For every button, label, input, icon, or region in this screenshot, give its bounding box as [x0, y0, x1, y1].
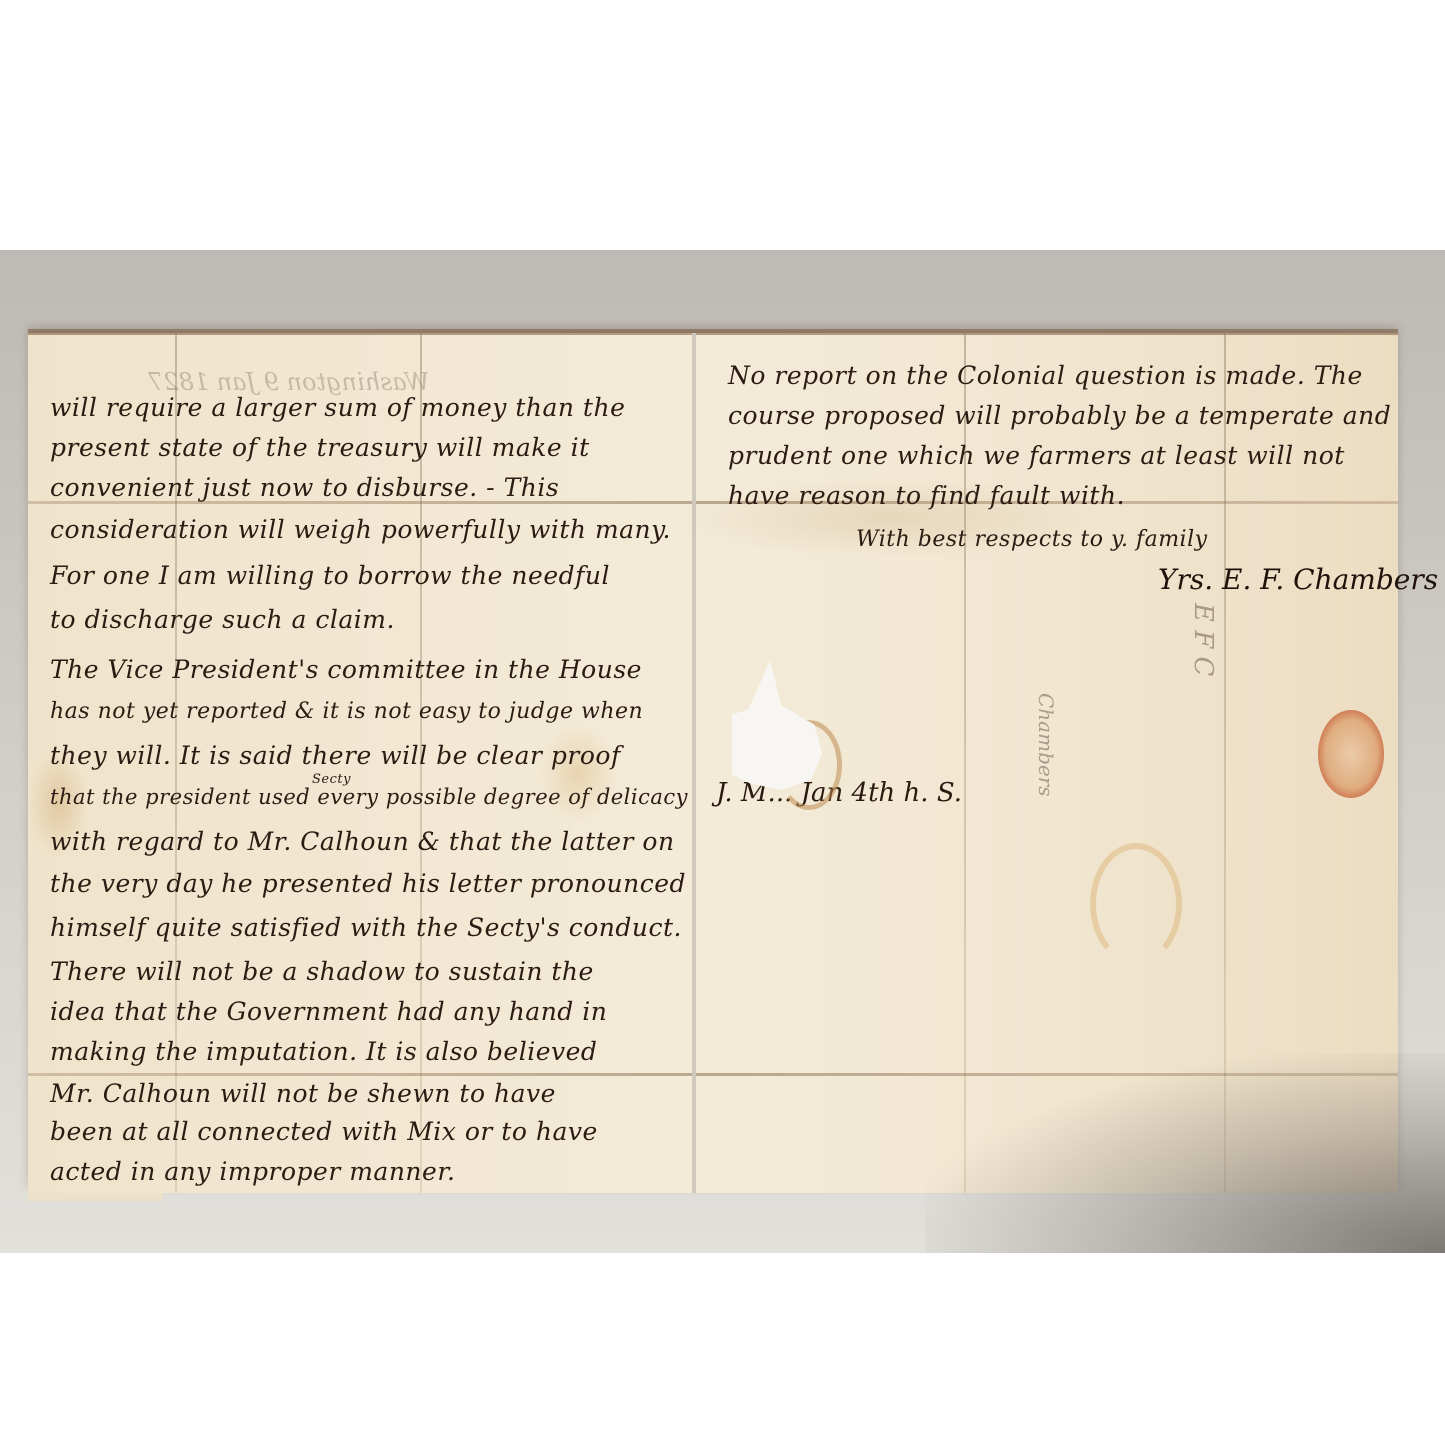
sheet-top-edge [28, 329, 1398, 335]
letter-sheet: Washington 9 Jan 1827 will require a lar… [28, 333, 1398, 1193]
signature: Yrs. E. F. Chambers [1158, 563, 1438, 596]
letter-line: There will not be a shadow to sustain th… [50, 959, 594, 984]
letter-line: they will. It is said there will be clea… [50, 743, 621, 768]
letter-line: Mr. Calhoun will not be shewn to have [50, 1081, 556, 1106]
letter-line: consideration will weigh powerfully with… [50, 517, 671, 542]
postmark-ring [1090, 843, 1182, 965]
wax-seal-remnant [1318, 710, 1384, 798]
letter-line: making the imputation. It is also believ… [50, 1039, 597, 1064]
letter-line: that the president used every possible d… [50, 787, 688, 808]
letter-line: No report on the Colonial question is ma… [728, 363, 1363, 388]
docket-name: Chambers [1034, 693, 1058, 797]
letter-line: himself quite satisfied with the Secty's… [50, 915, 682, 940]
letter-closing: With best respects to y. family [856, 529, 1208, 551]
letter-line: with regard to Mr. Calhoun & that the la… [50, 829, 675, 854]
letter-line: convenient just now to disburse. - This [50, 475, 559, 500]
letter-line: will require a larger sum of money than … [50, 395, 625, 420]
letter-line: For one I am willing to borrow the needf… [50, 563, 610, 588]
letter-line: have reason to find fault with. [728, 483, 1125, 508]
letter-line: the very day he presented his letter pro… [50, 871, 686, 896]
letter-line: present state of the treasury will make … [50, 435, 590, 460]
letter-line: to discharge such a claim. [50, 607, 395, 632]
photo-background: Washington 9 Jan 1827 will require a lar… [0, 250, 1445, 1253]
bleedthrough-heading: Washington 9 Jan 1827 [148, 368, 429, 396]
letter-line: acted in any improper manner. [50, 1159, 455, 1184]
docket-initials: E F C [1188, 603, 1218, 676]
letter-line: course proposed will probably be a tempe… [728, 403, 1391, 428]
letter-line: been at all connected with Mix or to hav… [50, 1119, 598, 1144]
letter-line: has not yet reported & it is not easy to… [50, 701, 643, 723]
center-gap [692, 333, 696, 1193]
letter-line: prudent one which we farmers at least wi… [728, 443, 1345, 468]
left-panel-text: will require a larger sum of money than … [50, 395, 690, 1175]
letter-line: idea that the Government had any hand in [50, 999, 607, 1024]
letter-line: The Vice President's committee in the Ho… [50, 657, 642, 682]
bottom-flap [28, 1193, 163, 1201]
